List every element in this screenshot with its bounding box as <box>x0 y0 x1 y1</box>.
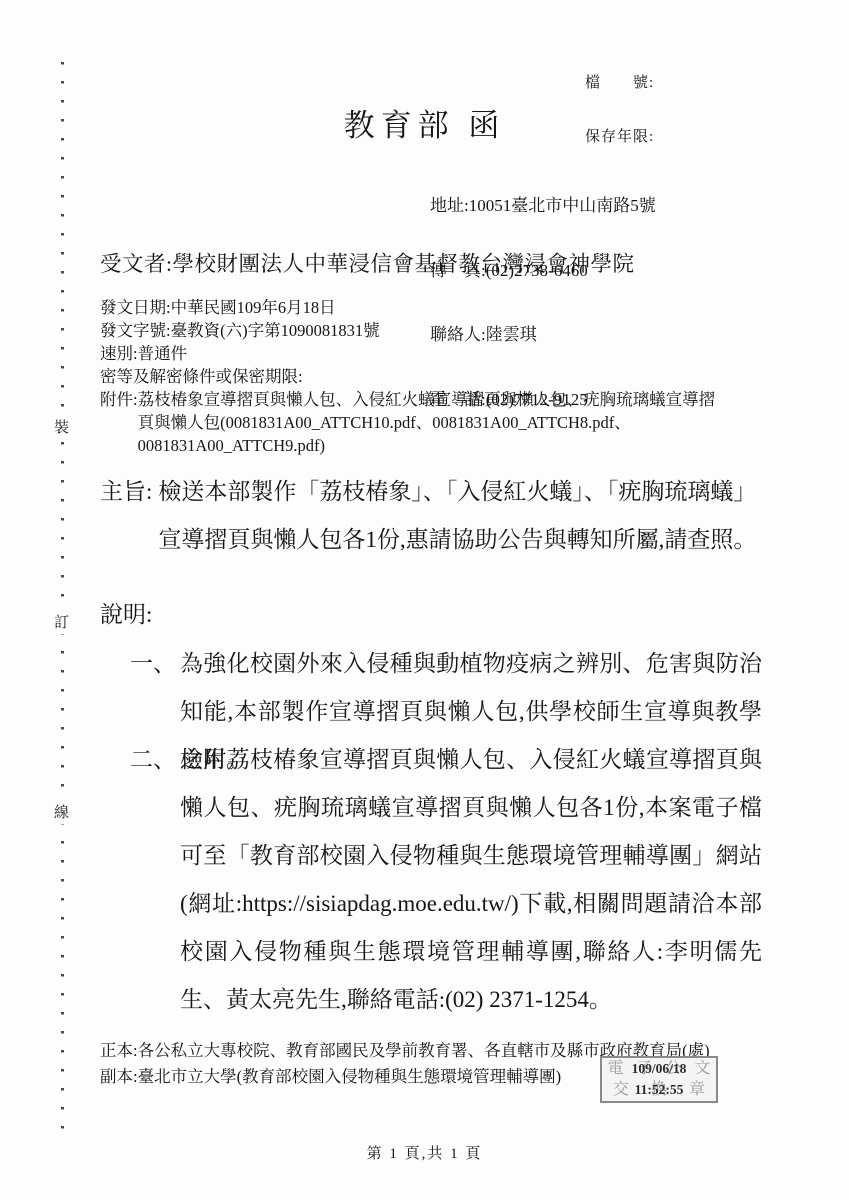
subject-text: 檢送本部製作「荔枝椿象」、「入侵紅火蟻」、「疣胸琉璃蟻」宣導摺頁與懶人包各1份,… <box>158 468 758 564</box>
security-classification: 密等及解密條件或保密期限: <box>100 365 772 388</box>
subject-label: 主旨: <box>100 468 152 564</box>
subject-section: 主旨: 檢送本部製作「荔枝椿象」、「入侵紅火蟻」、「疣胸琉璃蟻」宣導摺頁與懶人包… <box>100 468 758 564</box>
official-letter-page: 裝 訂 線 檔 號: 保存年限: 教育部 函 地址:10051臺北市中山南路5號… <box>0 0 849 1200</box>
page-title: 教育部 函 <box>0 100 849 145</box>
binding-mark-ding: 訂 <box>54 609 69 634</box>
electronic-exchange-stamp: 電子公文 交換章 109/06/18 11:52:55 <box>600 1056 718 1103</box>
item-number: 二、 <box>130 736 176 1024</box>
attachment-row: 附件: 荔枝椿象宣導摺頁與懶人包、入侵紅火蟻宣導摺頁與懶人包、疣胸琉璃蟻宣導摺頁… <box>100 388 772 457</box>
attachment-list: 荔枝椿象宣導摺頁與懶人包、入侵紅火蟻宣導摺頁與懶人包、疣胸琉璃蟻宣導摺頁與懶人包… <box>138 388 730 457</box>
file-number-label: 檔 號: <box>585 74 654 92</box>
stamp-date: 109/06/18 <box>632 1060 687 1078</box>
stamp-datetime: 109/06/18 11:52:55 <box>602 1058 716 1101</box>
binding-mark-xian: 線 <box>54 799 69 824</box>
document-meta-block: 發文日期:中華民國109年6月18日 發文字號:臺教資(六)字第10900818… <box>100 296 772 457</box>
sender-address: 地址:10051臺北市中山南路5號 <box>430 195 656 217</box>
issue-date: 發文日期:中華民國109年6月18日 <box>100 296 772 319</box>
item-text: 檢附荔枝椿象宣導摺頁與懶人包、入侵紅火蟻宣導摺頁與懶人包、疣胸琉璃蟻宣導摺頁與懶… <box>180 736 762 1024</box>
description-item-2: 二、 檢附荔枝椿象宣導摺頁與懶人包、入侵紅火蟻宣導摺頁與懶人包、疣胸琉璃蟻宣導摺… <box>130 736 762 1024</box>
priority: 速別:普通件 <box>100 342 772 365</box>
description-label: 說明: <box>100 596 152 629</box>
document-number: 發文字號:臺教資(六)字第1090081831號 <box>100 319 772 342</box>
page-number-footer: 第 1 頁,共 1 頁 <box>0 1142 849 1163</box>
attachment-label: 附件: <box>100 388 138 457</box>
binding-mark-zhuang: 裝 <box>54 414 69 439</box>
stamp-time: 11:52:55 <box>635 1081 684 1099</box>
binding-dotted-line <box>61 62 64 1140</box>
recipient-line: 受文者:學校財團法人中華浸信會基督教台灣浸會神學院 <box>100 247 634 278</box>
